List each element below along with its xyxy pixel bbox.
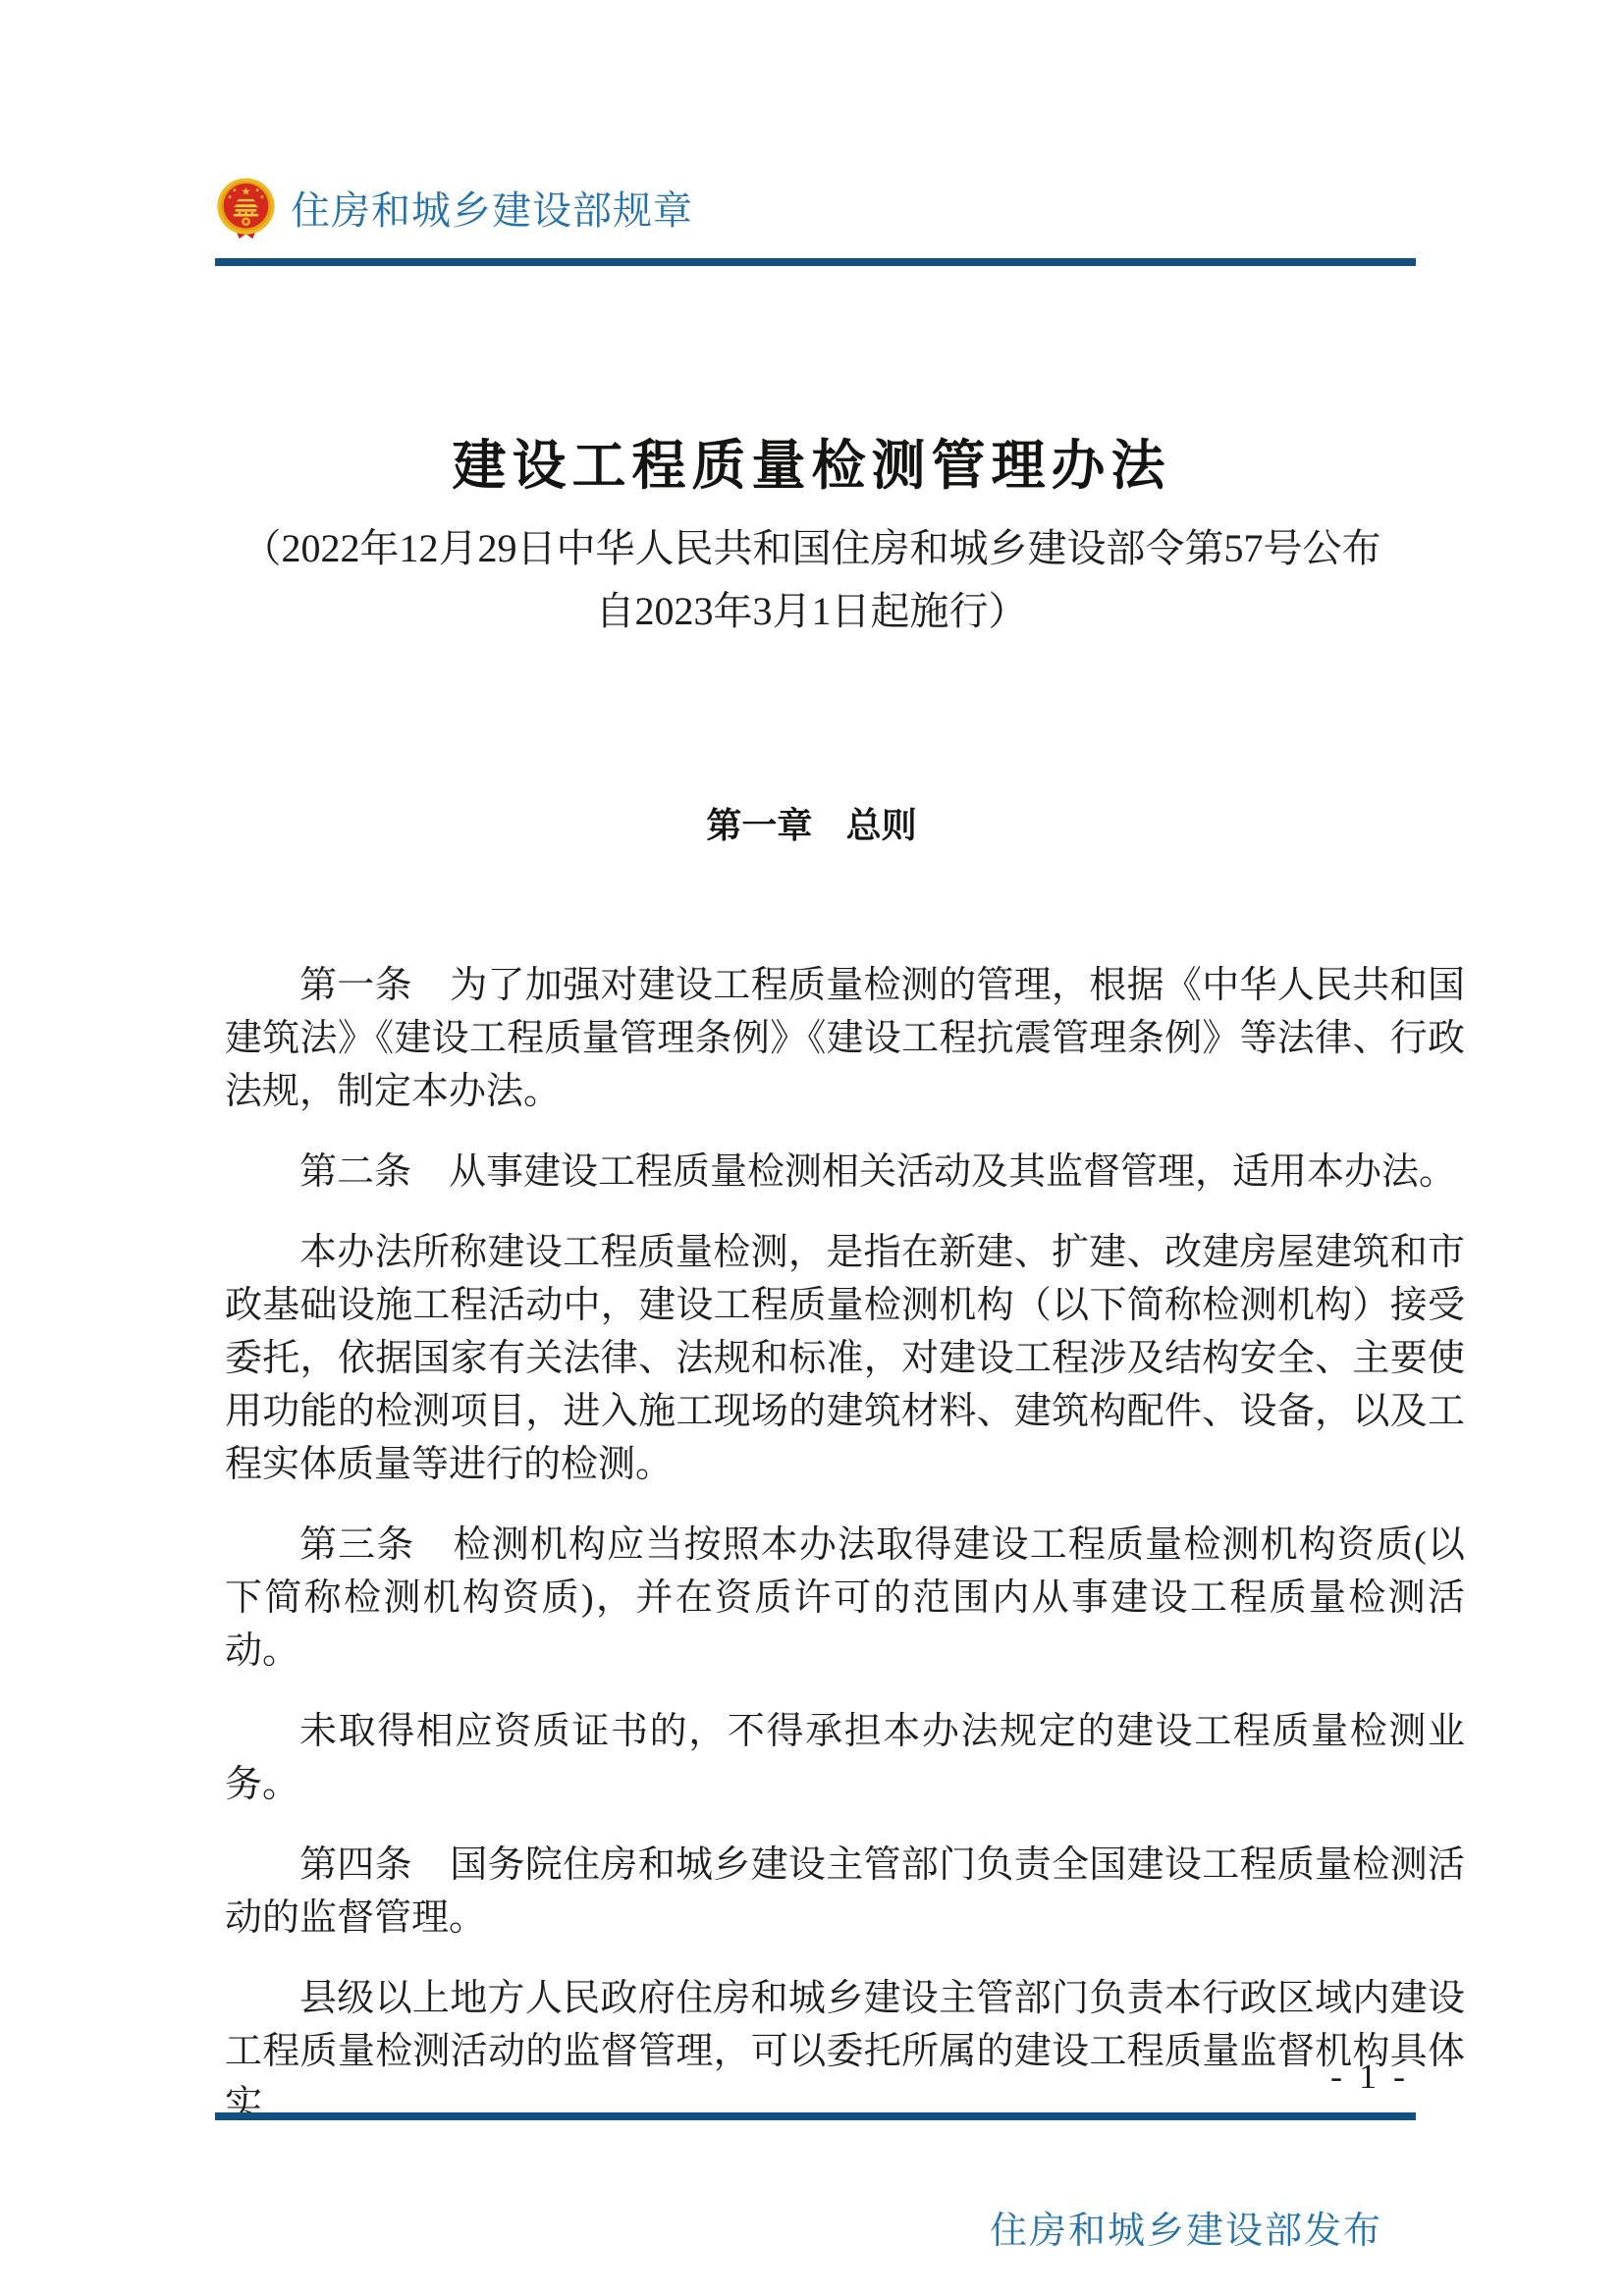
national-emblem-icon: ★ ★ ★ ★ ★	[215, 178, 277, 244]
chapter-heading: 第一章总则	[0, 798, 1623, 848]
chapter-number: 第一章	[706, 805, 812, 845]
header-agency-label: 住房和城乡建设部规章	[291, 189, 693, 233]
document-header: ★ ★ ★ ★ ★ 住房和城乡建设部规章	[215, 178, 693, 244]
svg-text:★: ★	[227, 193, 232, 200]
chapter-name: 总则	[846, 805, 917, 845]
paragraph-article-2-definition: 本办法所称建设工程质量检测，是指在新建、扩建、改建房屋建筑和市政基础设施工程活动…	[225, 1226, 1465, 1491]
paragraph-article-3-cont: 未取得相应资质证书的，不得承担本办法规定的建设工程质量检测业务。	[225, 1705, 1465, 1811]
document-title: 建设工程质量检测管理办法	[0, 422, 1623, 500]
page-number: - 1 -	[1330, 2056, 1409, 2097]
header-rule	[215, 258, 1416, 266]
paragraph-article-2: 第二条 从事建设工程质量检测相关活动及其监督管理，适用本办法。	[225, 1146, 1465, 1199]
svg-text:★: ★	[255, 187, 260, 194]
document-subtitle-line2: 自2023年3月1日起施行）	[0, 580, 1623, 636]
document-subtitle-line1: （2022年12月29日中华人民共和国住房和城乡建设部令第57号公布	[0, 517, 1623, 573]
footer-rule	[215, 2112, 1416, 2120]
svg-text:★: ★	[242, 185, 251, 197]
paragraph-article-4-cont: 县级以上地方人民政府住房和城乡建设主管部门负责本行政区域内建设工程质量检测活动的…	[225, 1972, 1465, 2131]
paragraph-article-1: 第一条 为了加强对建设工程质量检测的管理，根据《中华人民共和国建筑法》《建设工程…	[225, 959, 1465, 1118]
footer-publisher-label: 住房和城乡建设部发布	[990, 2200, 1382, 2254]
paragraph-article-4: 第四条 国务院住房和城乡建设主管部门负责全国建设工程质量检测活动的监督管理。	[225, 1839, 1465, 1945]
document-body: 第一条 为了加强对建设工程质量检测的管理，根据《中华人民共和国建筑法》《建设工程…	[225, 959, 1465, 2131]
paragraph-article-3: 第三条 检测机构应当按照本办法取得建设工程质量检测机构资质(以下简称检测机构资质…	[225, 1519, 1465, 1678]
svg-text:★: ★	[232, 187, 237, 194]
svg-text:★: ★	[259, 193, 264, 200]
